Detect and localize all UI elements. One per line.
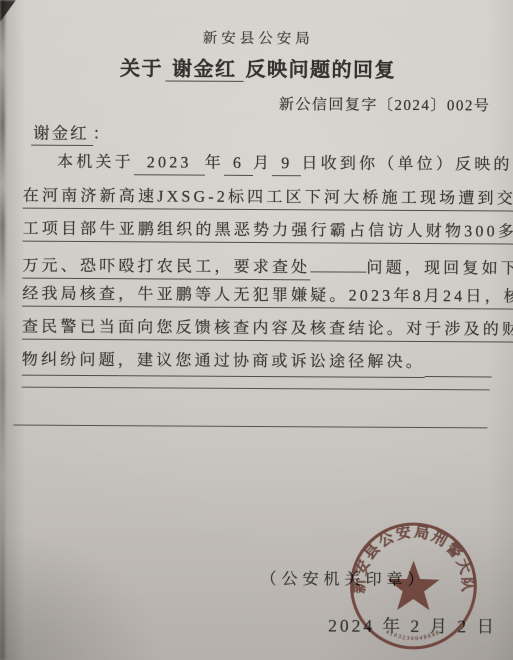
l1-month-blank: 6: [224, 155, 253, 176]
l1-year-blank: 2023: [134, 154, 205, 175]
l6-text: 查民警已当面向您反馈核查内容及核查结论。对于涉及的财: [22, 319, 513, 343]
letter-sheet: 新安县公安局 关于谢金红反映问题的回复 新公信回复字〔2024〕002号 谢金红…: [0, 0, 513, 660]
body-line-2: 在河南济新高速JXSG-2标四工区下河大桥施工现场遭到交: [23, 186, 493, 211]
l1-year-unit: 年: [205, 155, 224, 172]
stamp-serial-number: 4103230048648: [385, 629, 442, 642]
body-line-5: 经我局核查，牛亚鹏等人无犯罪嫌疑。2023年8月24日，核: [22, 284, 492, 309]
blank-rule-2: [13, 425, 487, 429]
l1-day-blank: 9: [272, 155, 301, 176]
body-line-3: 工项目部牛亚鹏组织的黑恶势力强行霸占信访人财物300多: [23, 219, 493, 244]
title-suffix: 反映问题的回复: [246, 59, 397, 82]
l7-text: 物纠纷问题，建议您通过协商或诉讼途径解决。: [22, 350, 425, 378]
l1-post: 日收到你（单位）反映的：: [301, 155, 513, 173]
stamp-star: [387, 560, 439, 610]
blank-rule-1: [22, 387, 490, 391]
l5-text: 经我局核查，牛亚鹏等人无犯罪嫌疑。2023年8月24日，核: [22, 286, 513, 310]
document-photo: 新安县公安局 关于谢金红反映问题的回复 新公信回复字〔2024〕002号 谢金红…: [0, 0, 513, 660]
body-line-4: 万元、恐吓殴打农民工，要求查处问题，现回复如下：: [22, 251, 492, 281]
body-line-1: 本机关于2023年6月9日收到你（单位）反映的：: [23, 152, 493, 177]
l1-month-unit: 月: [253, 155, 272, 172]
l3-text: 工项目部牛亚鹏组织的黑恶势力强行霸占信访人财物300多: [23, 221, 513, 245]
l1-pre: 本机关于: [57, 154, 134, 171]
l4-filled: 万元、恐吓殴打农民工，要求查处: [22, 258, 310, 281]
l7-trailing-line: [425, 352, 492, 377]
body-line-7: 物纠纷问题，建议您通过协商或诉讼途径解决。: [22, 350, 492, 379]
title-prefix: 关于: [120, 58, 163, 80]
l2-text: 在河南济新高速JXSG-2标四工区下河大桥施工现场遭到交: [23, 188, 513, 212]
issuing-agency: 新安县公安局: [2, 25, 513, 49]
document-title: 关于谢金红反映问题的回复: [2, 51, 513, 83]
l4-blank-line: [310, 252, 366, 272]
body-line-6: 查民警已当面向您反馈核查内容及核查结论。对于涉及的财: [22, 317, 492, 342]
title-petitioner-name: 谢金红: [165, 58, 244, 81]
photo-left-edge-shadow: [0, 0, 5, 660]
salutation-name: 谢金红: [31, 124, 93, 146]
salutation: 谢金红：: [31, 120, 111, 144]
salutation-colon: ：: [93, 124, 112, 143]
svg-text:4103230048648: 4103230048648: [385, 629, 442, 642]
l4-plain: 问题，现回复如下：: [366, 260, 513, 278]
document-number: 新公信回复字〔2024〕002号: [279, 93, 491, 115]
official-stamp: 新安县公安局刑警大队 4103230048648: [342, 515, 485, 658]
